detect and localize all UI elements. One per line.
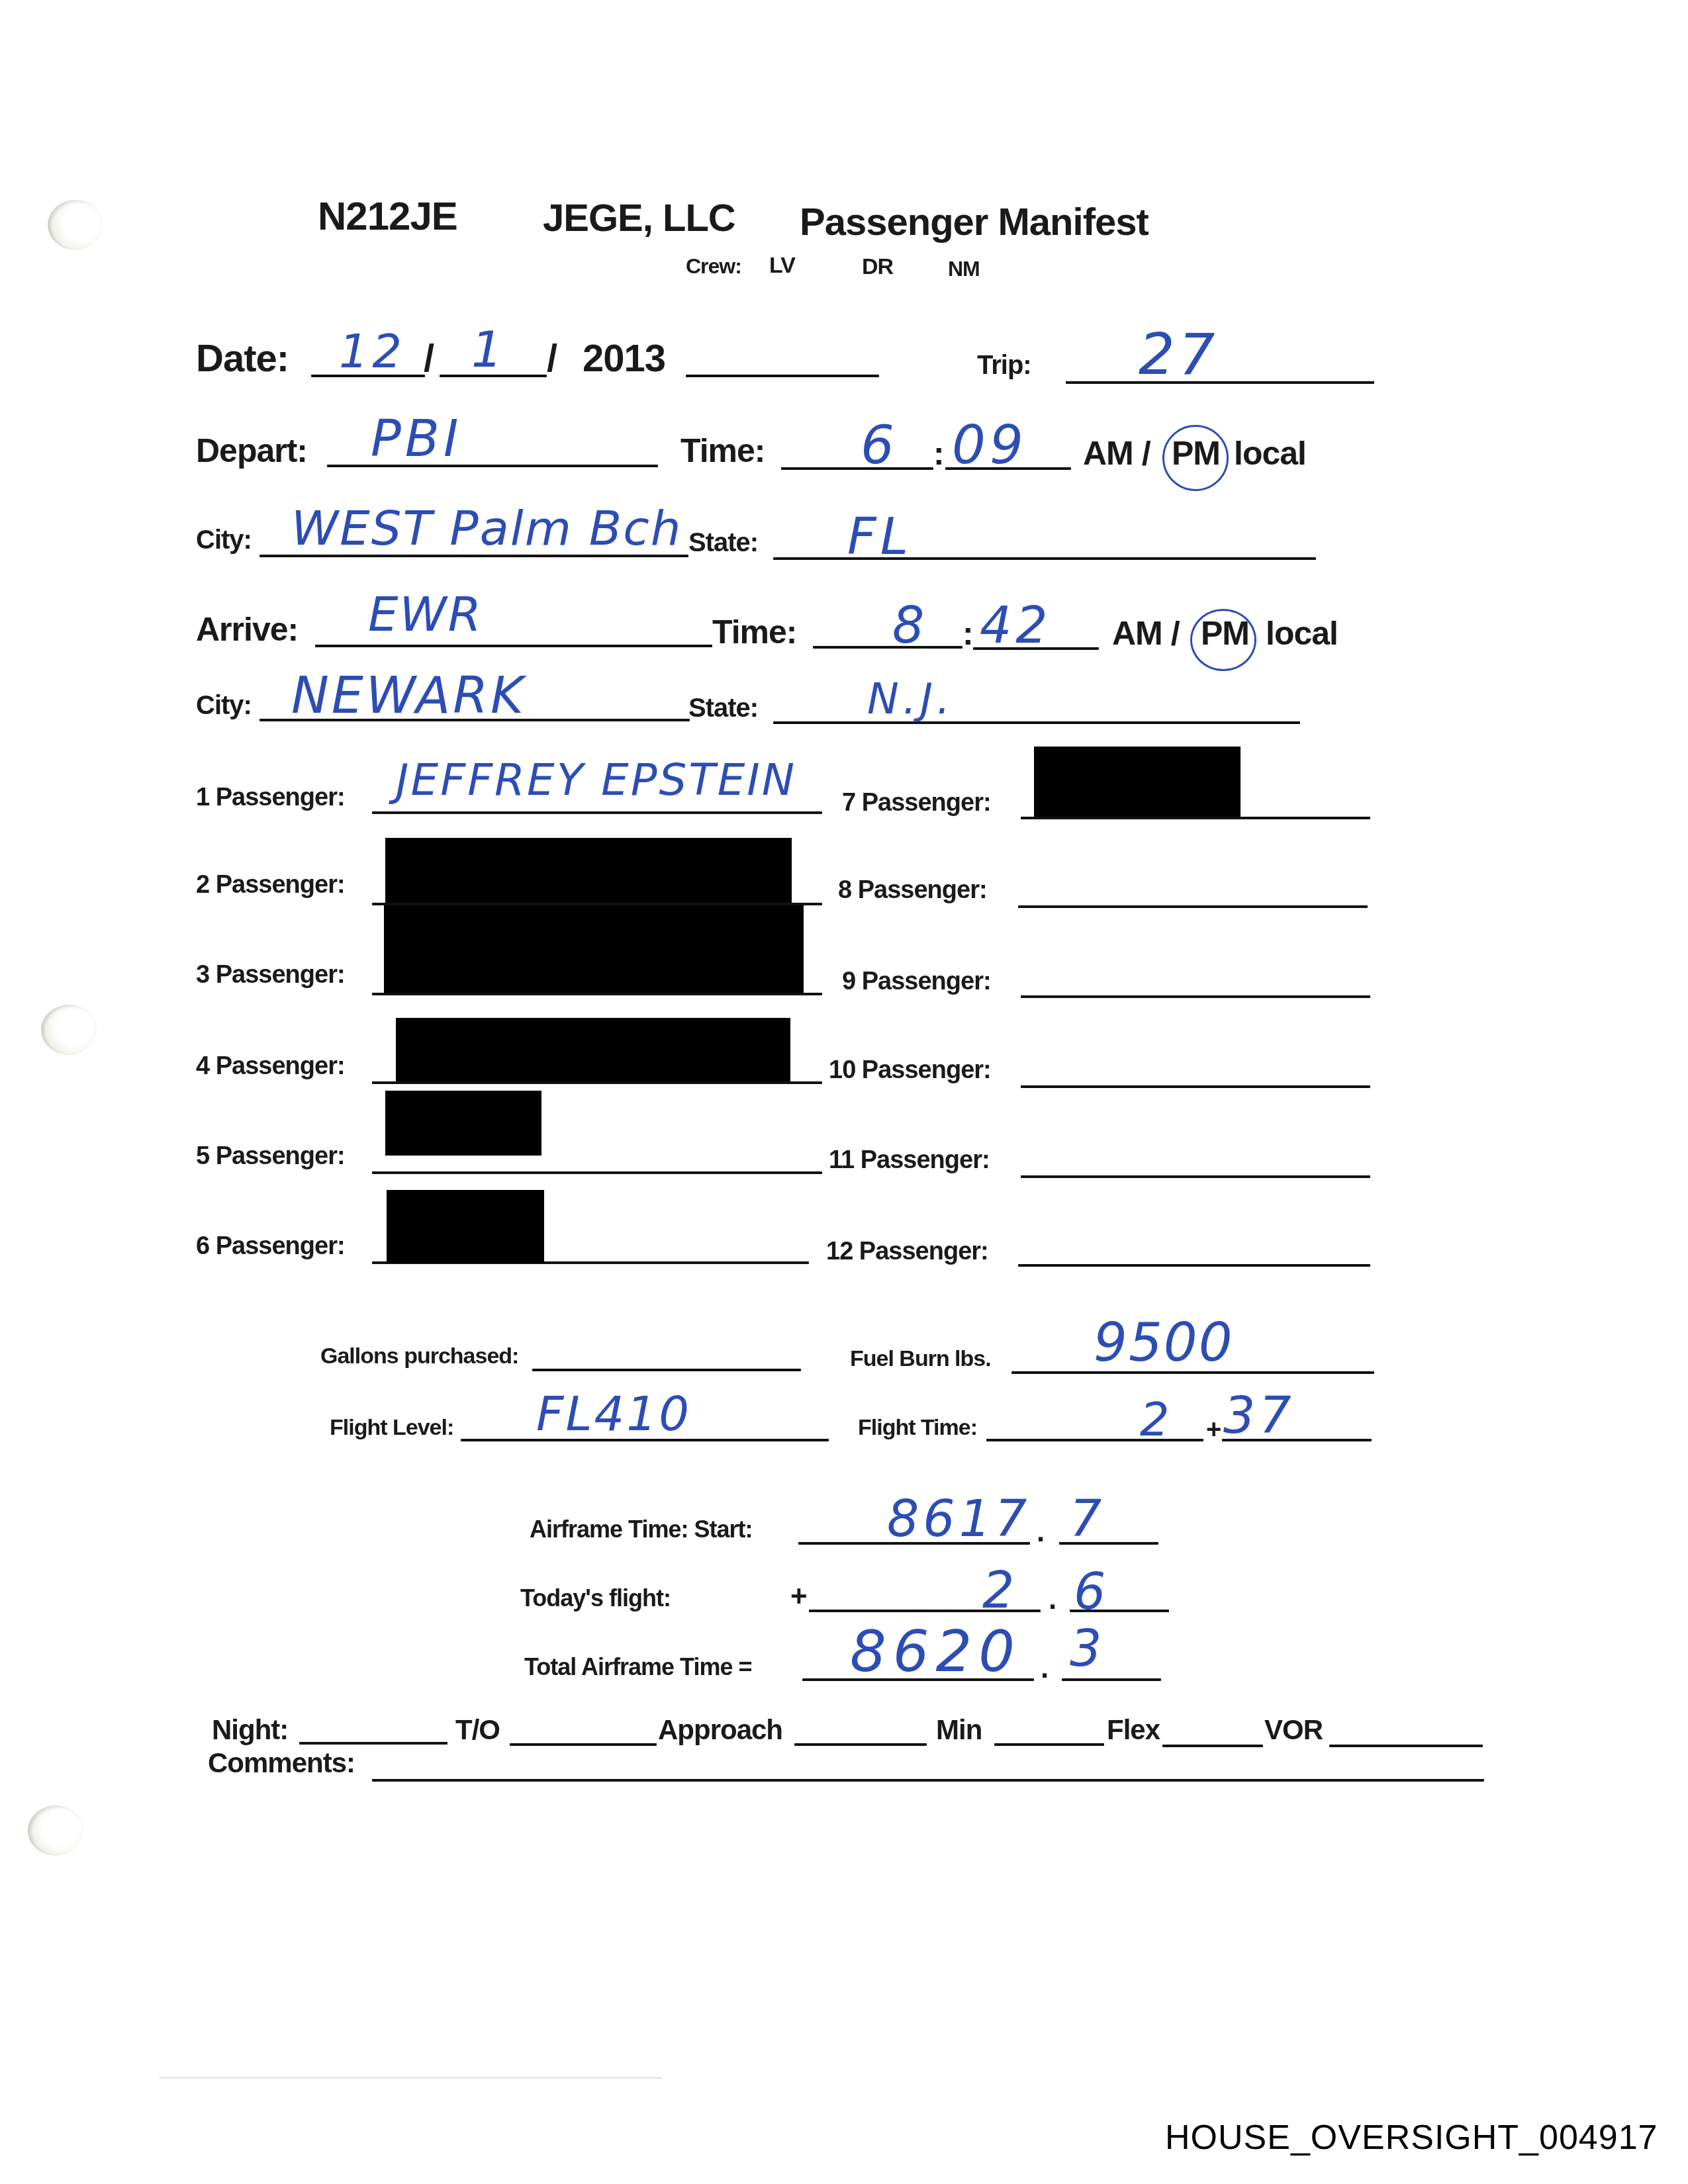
arrive-pm-selected-circle [1190, 609, 1256, 671]
depart-colon: : [933, 434, 944, 473]
arrive-am-option[interactable]: AM / [1112, 614, 1180, 653]
passenger-10-line [1021, 1085, 1370, 1088]
passenger-11-line [1021, 1175, 1370, 1178]
flight-time-minutes-field[interactable]: 37 [1223, 1386, 1295, 1445]
todays-flight-dot: . [1049, 1583, 1056, 1616]
arrive-label: Arrive: [196, 610, 298, 649]
arrive-local-label: local [1266, 614, 1338, 653]
depart-city-label: City: [196, 525, 252, 555]
total-airframe-whole-field[interactable]: 8620 [850, 1619, 1021, 1685]
passenger-4-label: 4 Passenger: [196, 1052, 345, 1081]
approach-line[interactable] [794, 1743, 927, 1746]
arrive-state-field[interactable]: N.J. [867, 675, 954, 724]
arrive-state-line [773, 721, 1300, 724]
flight-time-label: Flight Time: [858, 1415, 977, 1441]
todays-flight-whole-field[interactable]: 2 [982, 1561, 1018, 1619]
vor-label: VOR [1264, 1714, 1323, 1746]
depart-minute-field[interactable]: 09 [952, 414, 1027, 476]
total-airframe-dot: . [1041, 1652, 1048, 1685]
night-label: Night: [212, 1714, 288, 1746]
flex-label: Flex [1107, 1714, 1160, 1746]
date-day-field[interactable]: 1 [471, 322, 506, 379]
todays-flight-plus: + [790, 1580, 807, 1614]
depart-hour-field[interactable]: 6 [861, 414, 898, 476]
company-name: JEGE, LLC [543, 196, 735, 240]
passenger-9-line [1021, 995, 1370, 998]
flight-time-hours-field[interactable]: 2 [1140, 1392, 1174, 1447]
crew-lv: LV [769, 253, 795, 279]
passenger-6-label: 6 Passenger: [196, 1232, 345, 1261]
passenger-8-label: 8 Passenger: [838, 876, 987, 905]
passenger-1-field[interactable]: JEFFREY EPSTEIN [396, 754, 796, 805]
depart-label: Depart: [196, 432, 307, 470]
takeoff-line[interactable] [510, 1743, 657, 1746]
fuel-burn-label: Fuel Burn lbs. [850, 1346, 991, 1372]
flex-line[interactable] [1162, 1745, 1263, 1747]
passenger-9-label: 9 Passenger: [842, 968, 991, 996]
passenger-7-label: 7 Passenger: [842, 789, 991, 817]
arrive-city-label: City: [196, 691, 252, 721]
arrive-minute-field[interactable]: 42 [980, 596, 1052, 655]
passenger-1-line [372, 811, 822, 814]
passenger-5-label: 5 Passenger: [196, 1142, 345, 1171]
passenger-2-redaction [385, 838, 792, 903]
date-sep-1: / [424, 336, 434, 381]
depart-time-label: Time: [680, 432, 765, 470]
arrive-hour-field[interactable]: 8 [892, 596, 928, 655]
passenger-12-label: 12 Passenger: [826, 1238, 988, 1266]
scan-artifact-line [159, 2077, 662, 2079]
min-label: Min [936, 1714, 982, 1746]
total-airframe-dec-line [1062, 1678, 1161, 1681]
takeoff-label: T/O [455, 1714, 500, 1746]
approach-label: Approach [658, 1714, 782, 1746]
passenger-3-line [372, 993, 822, 995]
night-line[interactable] [299, 1742, 447, 1745]
passenger-10-label: 10 Passenger: [829, 1056, 991, 1085]
airframe-start-whole-field[interactable]: 8617 [887, 1489, 1031, 1548]
arrive-line [315, 645, 712, 647]
page-title: Passenger Manifest [800, 200, 1149, 244]
fuel-burn-field[interactable]: 9500 [1094, 1312, 1234, 1373]
arrive-time-label: Time: [712, 613, 796, 651]
bates-number: HOUSE_OVERSIGHT_004917 [1165, 2118, 1658, 2158]
hole-punch-middle [41, 1005, 97, 1055]
hole-punch-top [48, 200, 103, 250]
airframe-start-dec-field[interactable]: 7 [1070, 1489, 1105, 1548]
min-line[interactable] [994, 1743, 1104, 1746]
trip-field[interactable]: 27 [1139, 322, 1219, 388]
flight-time-plus: + [1206, 1415, 1221, 1445]
arrive-state-label: State: [688, 694, 758, 723]
depart-city-field[interactable]: WEST Palm Bch [291, 500, 682, 556]
passenger-3-redaction [384, 905, 804, 993]
arrive-airport-field[interactable]: EWR [368, 586, 483, 642]
passenger-6-redaction [387, 1190, 544, 1263]
passenger-11-label: 11 Passenger: [829, 1146, 990, 1175]
crew-nm: NM [948, 257, 980, 281]
passenger-7-line [1021, 817, 1370, 819]
todays-flight-label: Today's flight: [520, 1584, 671, 1612]
arrive-city-field[interactable]: NEWARK [291, 666, 526, 725]
passenger-12-line [1018, 1264, 1370, 1267]
passenger-2-label: 2 Passenger: [196, 871, 345, 899]
gallons-purchased-label: Gallons purchased: [320, 1343, 518, 1369]
passenger-5-redaction [385, 1091, 541, 1156]
date-sep-2: / [547, 336, 557, 381]
total-airframe-dec-field[interactable]: 3 [1070, 1619, 1105, 1678]
depart-state-label: State: [688, 528, 758, 558]
date-year: 2013 [583, 336, 665, 381]
trip-label: Trip: [977, 351, 1031, 381]
tail-number: N212JE [318, 193, 457, 239]
date-label: Date: [196, 336, 289, 381]
arrive-hour-line [813, 646, 962, 649]
vor-line[interactable] [1329, 1745, 1483, 1747]
depart-airport-field[interactable]: PBI [371, 409, 462, 468]
gallons-purchased-line[interactable] [532, 1369, 801, 1371]
depart-state-field[interactable]: FL [847, 507, 912, 566]
crew-label: Crew: [686, 254, 741, 279]
comments-line[interactable] [372, 1779, 1484, 1782]
arrive-colon: : [962, 614, 973, 653]
depart-hour-line [781, 467, 933, 470]
depart-pm-selected-circle [1162, 425, 1229, 491]
date-month-field[interactable]: 12 [339, 324, 406, 379]
total-airframe-label: Total Airframe Time = [524, 1653, 751, 1681]
passenger-5-line [372, 1171, 822, 1174]
passenger-4-line [372, 1081, 822, 1084]
flight-level-field[interactable]: FL410 [536, 1386, 691, 1441]
airframe-start-dot: . [1037, 1516, 1044, 1549]
hole-punch-bottom [28, 1805, 83, 1856]
airframe-start-label: Airframe Time: Start: [530, 1516, 752, 1543]
date-year-line [686, 375, 879, 377]
comments-label: Comments: [208, 1747, 355, 1779]
passenger-3-label: 3 Passenger: [196, 961, 345, 989]
flight-level-label: Flight Level: [330, 1415, 453, 1441]
depart-am-option[interactable]: AM / [1083, 434, 1150, 473]
crew-dr: DR [862, 254, 893, 280]
passenger-1-label: 1 Passenger: [196, 784, 345, 812]
trip-line [1066, 381, 1374, 384]
depart-local-label: local [1234, 434, 1306, 473]
passenger-7-redaction [1034, 747, 1241, 817]
passenger-8-line [1018, 905, 1368, 908]
todays-flight-dec-field[interactable]: 6 [1074, 1562, 1109, 1621]
passenger-4-redaction [396, 1018, 790, 1081]
